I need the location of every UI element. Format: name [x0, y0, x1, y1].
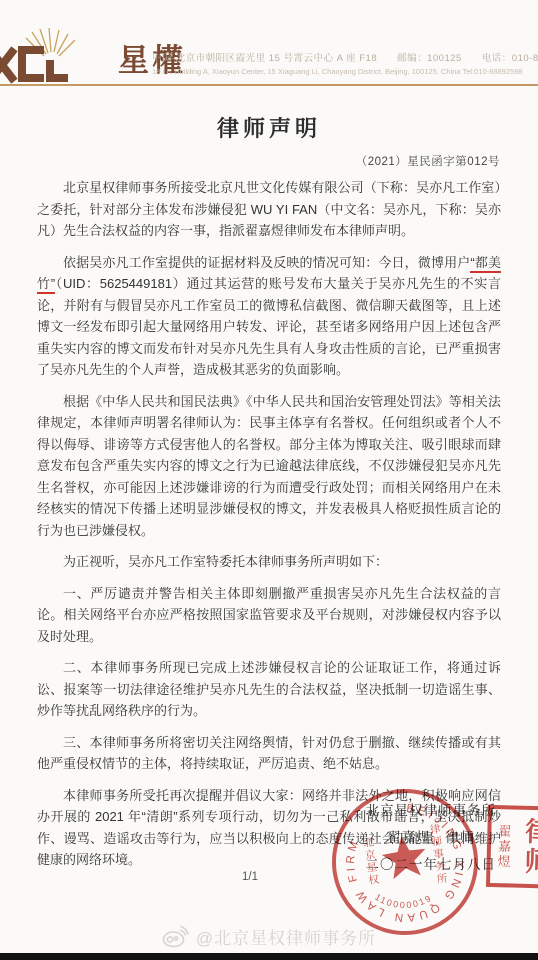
square-seal-title: 律师	[516, 817, 538, 878]
document-number: （2021）星民函字第012号	[356, 153, 500, 169]
paragraph-legal-basis: 根据《中华人民共和国民法典》《中华人民共和国治安管理处罚法》等相关法律规定，本律…	[37, 391, 501, 542]
declaration-item-2: 二、本律师事务所现已完成上述涉嫌侵权言论的公证取证工作，将通过诉讼、报案等一切法…	[37, 657, 501, 722]
law-firm-round-seal: BEIJING XING QUAN LAW FIRM 110000019 北京星…	[319, 776, 491, 948]
header-divider	[0, 84, 538, 86]
firm-logo-mark-icon	[0, 26, 116, 88]
lawyer-square-seal: 翟嘉煜 律师	[486, 805, 538, 889]
firm-address-block: 中国-北京市朝阳区霞光里 15 号霄云中心 A 座 F18 邮编：100125 …	[152, 50, 538, 76]
paragraph-declaration-intro: 为正视听，吴亦凡工作室特委托本律师事务所声明如下：	[37, 551, 501, 573]
firm-address-cn: 中国-北京市朝阳区霞光里 15 号霄云中心 A 座 F18 邮编：100125 …	[152, 50, 538, 64]
declaration-item-1: 一、严厉谴责并警告相关主体即刻删撤严重损害吴亦凡先生合法权益的言论。相关网络平台…	[37, 583, 501, 648]
paragraph-facts: 依据吴亦凡工作室提供的证据材料及反映的情况可知：今日，微博用户“都美竹”（UID…	[37, 252, 501, 381]
bottom-letterbox-bar	[0, 953, 538, 960]
facts-text-after: （UID：5625449181）通过其运营的账号发布大量关于吴亦凡先生的不实言论…	[37, 276, 501, 377]
firm-address-en: 18 / F, Building A, Xiaoyun Center, 15 X…	[152, 67, 538, 76]
declaration-item-3: 三、本律师事务所将密切关注网络舆情，针对仍怠于删撤、继续传播或有其他严重侵权情节…	[37, 732, 501, 775]
lawyer-statement-page: 星權 中国-北京市朝阳区霞光里 15 号霄云中心 A 座 F18 邮编：1001…	[0, 0, 538, 960]
round-seal-graphic: BEIJING XING QUAN LAW FIRM 110000019	[319, 776, 491, 948]
document-title: 律师声明	[0, 112, 538, 143]
paragraph-commission: 北京星权律师事务所接受北京凡世文化传媒有限公司（下称：吴亦凡工作室）之委托，针对…	[37, 177, 501, 242]
facts-text-before: 依据吴亦凡工作室提供的证据材料及反映的情况可知：今日，微博用户	[63, 255, 470, 270]
square-seal-lawyer-name: 翟嘉煜	[493, 824, 513, 869]
weibo-icon	[162, 925, 189, 948]
document-body: 北京星权律师事务所接受北京凡世文化传媒有限公司（下称：吴亦凡工作室）之委托，针对…	[37, 177, 501, 881]
seal-star-icon	[380, 833, 429, 880]
